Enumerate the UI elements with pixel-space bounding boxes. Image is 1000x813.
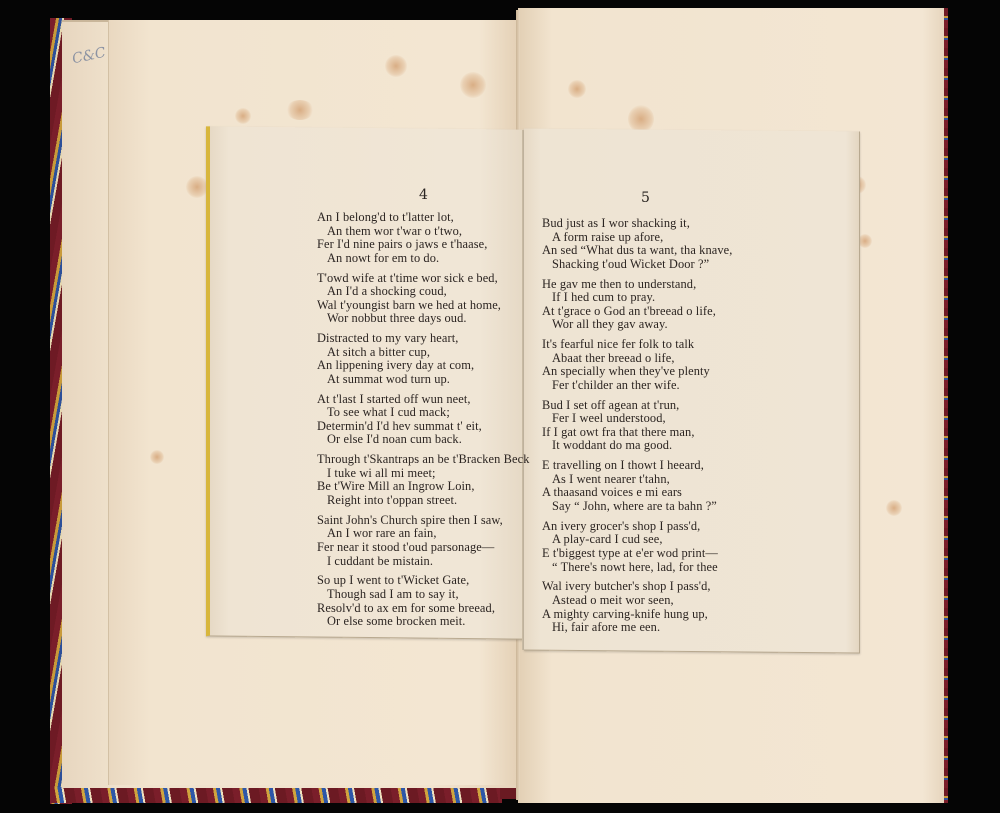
verse-line: Or else some brocken meit. <box>317 615 532 629</box>
foxing-spot <box>286 100 314 120</box>
verse-line: Reight into t'oppan street. <box>317 494 532 508</box>
verse-line: Saint John's Church spire then I saw, <box>317 514 532 528</box>
stanza: T'owd wife at t'time wor sick e bed, An … <box>317 272 532 326</box>
verse-line: T'owd wife at t'time wor sick e bed, <box>317 272 532 286</box>
verse-line: Fer I'd nine pairs o jaws e t'haase, <box>317 238 532 252</box>
verse-line: Bud I set off agean at t'run, <box>542 399 757 413</box>
verse-line: Distracted to my vary heart, <box>317 332 532 346</box>
verse-line: It's fearful nice fer folk to talk <box>542 338 757 352</box>
verse-line: Be t'Wire Mill an Ingrow Loin, <box>317 480 532 494</box>
verse-line: E travelling on I thowt I heeard, <box>542 459 757 473</box>
foxing-spot <box>460 72 486 98</box>
verse-line: As I went nearer t'tahn, <box>542 473 757 487</box>
verse-line: An specially when they've plenty <box>542 365 757 379</box>
verse-line: If I gat owt fra that there man, <box>542 426 757 440</box>
verse-line: He gav me then to understand, <box>542 278 757 292</box>
verse-line: An I'd a shocking coud, <box>317 285 532 299</box>
verse-line: Bud just as I wor shacking it, <box>542 217 757 231</box>
page-number-right: 5 <box>641 190 650 206</box>
verse-line: Though sad I am to say it, <box>317 588 532 602</box>
foxing-spot <box>886 500 902 516</box>
verse-line: An ivery grocer's shop I pass'd, <box>542 520 757 534</box>
verse-line: Fer near it stood t'oud parsonage— <box>317 541 532 555</box>
foxing-spot <box>385 55 407 77</box>
verse-line: At sitch a bitter cup, <box>317 346 532 360</box>
stanza: It's fearful nice fer folk to talk Abaat… <box>542 338 757 392</box>
verse-line: To see what I cud mack; <box>317 406 532 420</box>
verse-line: At summat wod turn up. <box>317 373 532 387</box>
stanza: At t'last I started off wun neet, To see… <box>317 393 532 447</box>
stanza: Through t'Skantraps an be t'Bracken Beck… <box>317 453 532 507</box>
verse-line: A play-card I cud see, <box>542 533 757 547</box>
poem-right-page: Bud just as I wor shacking it, A form ra… <box>542 217 757 641</box>
verse-line: Wal t'youngist barn we hed at home, <box>317 299 532 313</box>
foxing-spot <box>568 80 586 98</box>
verse-line: Wor nobbut three days oud. <box>317 312 532 326</box>
verse-line: Say “ John, where are ta bahn ?” <box>542 500 757 514</box>
verse-line: It woddant do ma good. <box>542 439 757 453</box>
verse-line: An them wor t'war o t'two, <box>317 225 532 239</box>
verse-line: An I wor rare an fain, <box>317 527 532 541</box>
poem-left-page: An I belong'd to t'latter lot, An them w… <box>317 211 532 635</box>
stanza: E travelling on I thowt I heeard, As I w… <box>542 459 757 513</box>
stanza: An I belong'd to t'latter lot, An them w… <box>317 211 532 265</box>
verse-line: Fer I weel understood, <box>542 412 757 426</box>
stanza: So up I went to t'Wicket Gate, Though sa… <box>317 574 532 628</box>
verse-line: I tuke wi all mi meet; <box>317 467 532 481</box>
verse-line: Astead o meit wor seen, <box>542 594 757 608</box>
verse-line: So up I went to t'Wicket Gate, <box>317 574 532 588</box>
verse-line: A form raise up afore, <box>542 231 757 245</box>
stanza: Bud just as I wor shacking it, A form ra… <box>542 217 757 271</box>
stanza: He gav me then to understand, If I hed c… <box>542 278 757 332</box>
verse-line: Wal ivery butcher's shop I pass'd, <box>542 580 757 594</box>
foxing-spot <box>150 450 164 464</box>
verse-line: A thaasand voices e mi ears <box>542 486 757 500</box>
verse-line: An nowt for em to do. <box>317 252 532 266</box>
verse-line: Determin'd I'd hev summat t' eit, <box>317 420 532 434</box>
stanza: Wal ivery butcher's shop I pass'd, Astea… <box>542 580 757 634</box>
verse-line: Fer t'childer an ther wife. <box>542 379 757 393</box>
foxing-spot <box>858 234 872 248</box>
foxing-spot <box>235 108 251 124</box>
verse-line: E t'biggest type at e'er wod print— <box>542 547 757 561</box>
stanza: Saint John's Church spire then I saw, An… <box>317 514 532 568</box>
verse-line: At t'last I started off wun neet, <box>317 393 532 407</box>
stanza: An ivery grocer's shop I pass'd, A play-… <box>542 520 757 574</box>
verse-line: Wor all they gav away. <box>542 318 757 332</box>
verse-line: Hi, fair afore me een. <box>542 621 757 635</box>
stanza: Bud I set off agean at t'run, Fer I weel… <box>542 399 757 453</box>
verse-line: Through t'Skantraps an be t'Bracken Beck <box>317 453 532 467</box>
verse-line: An I belong'd to t'latter lot, <box>317 211 532 225</box>
stanza: Distracted to my vary heart, At sitch a … <box>317 332 532 386</box>
verse-line: A mighty carving-knife hung up, <box>542 608 757 622</box>
verse-line: Abaat ther breead o life, <box>542 352 757 366</box>
verse-line: “ There's nowt here, lad, for thee <box>542 561 757 575</box>
verse-line: An sed “What dus ta want, tha knave, <box>542 244 757 258</box>
verse-line: Resolv'd to ax em for some breead, <box>317 602 532 616</box>
verse-line: Shacking t'oud Wicket Door ?” <box>542 258 757 272</box>
verse-line: Or else I'd noan cum back. <box>317 433 532 447</box>
page-number-left: 4 <box>419 187 428 203</box>
verse-line: I cuddant be mistain. <box>317 555 532 569</box>
verse-line: An lippening ivery day at com, <box>317 359 532 373</box>
verse-line: At t'grace o God an t'breead o life, <box>542 305 757 319</box>
verse-line: If I hed cum to pray. <box>542 291 757 305</box>
marbled-board-bottom <box>50 787 502 803</box>
